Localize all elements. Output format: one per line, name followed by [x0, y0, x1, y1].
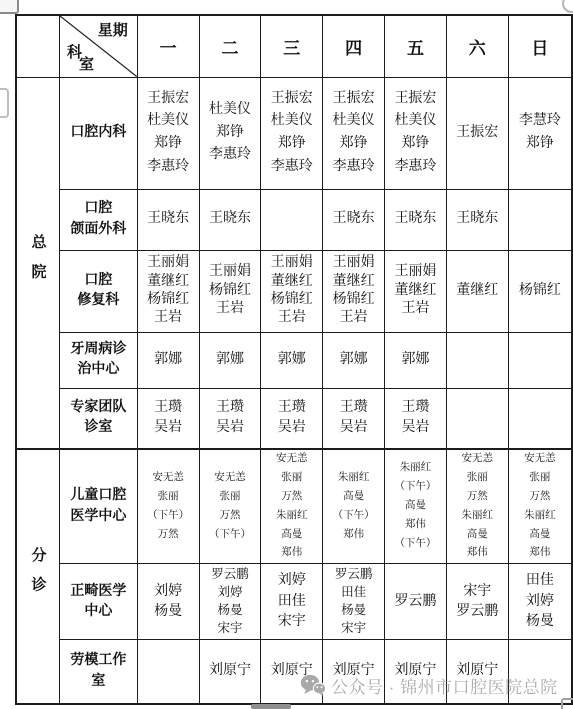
schedule-cell: 李慧玲 郑铮	[508, 77, 572, 189]
viewer-corner-artifact-top-left	[0, 0, 19, 14]
schedule-cell: 王丽娟 董继红 杨锦红 王岩	[261, 250, 323, 332]
viewer-corner-artifact-top-right	[562, 0, 573, 13]
watermark: 公众号 · 锦州市口腔医院总院	[300, 673, 558, 697]
schedule-cell	[261, 189, 323, 250]
schedule-cell: 宋宇 罗云鹏	[446, 564, 508, 640]
schedule-cell: 王振宏 杜美仪 郑铮 李惠玲	[261, 77, 323, 189]
schedule-cell: 罗云鹏	[385, 564, 447, 640]
day-header-wed: 三	[261, 15, 323, 77]
schedule-cell: 王瓒 吴岩	[385, 388, 447, 449]
schedule-cell: 郭娜	[137, 332, 199, 388]
dept-label: 劳模工作 室	[60, 640, 138, 704]
watermark-text: 公众号 · 锦州市口腔医院总院	[331, 673, 558, 698]
schedule-cell: 刘婷 田佳 宋宇	[261, 564, 323, 640]
schedule-cell: 王丽娟 董继红 杨锦红 王岩	[323, 250, 385, 332]
schedule-cell	[446, 388, 508, 449]
schedule-cell: 郭娜	[261, 332, 323, 388]
schedule-cell	[508, 332, 572, 388]
corner-week-dept-cell: 星期 科 室	[60, 15, 138, 77]
schedule-cell: 王晓东	[385, 189, 447, 250]
schedule-cell: 王晓东	[199, 189, 261, 250]
group-label-branch-clinic: 分诊	[16, 449, 60, 704]
schedule-cell: 刘原宁	[199, 640, 261, 704]
schedule-cell: 田佳 刘婷 杨曼	[508, 564, 572, 640]
schedule-cell: 罗云鹏 刘婷 杨曼 宋宇	[199, 564, 261, 640]
schedule-cell: 安无恙 张丽 万然 朱丽红 高曼 郑伟	[446, 449, 508, 564]
day-header-tue: 二	[199, 15, 261, 77]
corner-dept-label-2: 室	[79, 53, 94, 74]
schedule-cell: 董继红	[446, 250, 508, 332]
schedule-cell: 罗云鹏 田佳 杨曼 宋宇	[323, 564, 385, 640]
day-header-mon: 一	[137, 15, 199, 77]
schedule-cell: 王瓒 吴岩	[199, 388, 261, 449]
schedule-cell: 郭娜	[385, 332, 447, 388]
schedule-cell: 王振宏 杜美仪 郑铮 李惠玲	[385, 77, 447, 189]
schedule-cell: 安无恙 张丽 万然 朱丽红 高曼 郑伟	[261, 449, 323, 564]
schedule-cell: 刘婷 杨曼	[137, 564, 199, 640]
schedule-cell: 王振宏 杜美仪 郑铮 李惠玲	[137, 77, 199, 189]
day-header-fri: 五	[385, 15, 447, 77]
schedule-cell: 王晓东	[323, 189, 385, 250]
schedule-cell: 王瓒 吴岩	[323, 388, 385, 449]
schedule-cell: 安无恙 张丽 万然 朱丽红 高曼 郑伟	[508, 449, 572, 564]
corner-week-label: 星期	[98, 19, 128, 40]
duty-schedule-table: 星期 科 室 一 二 三 四 五 六 日 总院 口腔内科 王振宏 杜美仪 郑铮 …	[15, 14, 573, 705]
dept-label: 口腔内科	[60, 77, 138, 189]
viewer-edge-artifact-left	[0, 88, 9, 118]
dept-label: 口腔 颌面外科	[60, 189, 138, 250]
schedule-cell: 朱丽红 （下午） 高曼 郑伟 （下午）	[385, 449, 447, 564]
schedule-cell: 朱丽红 高曼 （下午） 郑伟	[323, 449, 385, 564]
dept-label: 牙周病诊 治中心	[60, 332, 138, 388]
schedule-cell: 王丽娟 董继红 杨锦红 王岩	[137, 250, 199, 332]
day-header-sun: 日	[508, 15, 572, 77]
dept-label: 专家团队 诊室	[60, 388, 138, 449]
schedule-cell	[446, 332, 508, 388]
viewer-corner-artifact-bottom-right	[561, 698, 573, 709]
schedule-cell: 王丽娟 杨锦红 王岩	[199, 250, 261, 332]
group-label-main-hospital: 总院	[16, 77, 60, 449]
day-header-sat: 六	[446, 15, 508, 77]
schedule-cell: 王振宏	[446, 77, 508, 189]
schedule-cell: 王振宏 杜美仪 郑铮 李惠玲	[323, 77, 385, 189]
dept-label: 儿童口腔 医学中心	[60, 449, 138, 564]
schedule-cell: 王瓒 吴岩	[137, 388, 199, 449]
schedule-cell: 杜美仪 郑铮 李惠玲	[199, 77, 261, 189]
dept-label: 口腔 修复科	[60, 250, 138, 332]
schedule-cell	[508, 189, 572, 250]
schedule-cell: 王晓东	[446, 189, 508, 250]
wechat-icon	[300, 674, 326, 696]
schedule-cell: 郭娜	[199, 332, 261, 388]
day-header-thu: 四	[323, 15, 385, 77]
schedule-cell: 王丽娟 董继红 王岩	[385, 250, 447, 332]
schedule-cell	[508, 388, 572, 449]
corner-empty-cell	[16, 15, 60, 77]
schedule-cell: 安无恙 张丽 万然 （下午）	[199, 449, 261, 564]
schedule-cell: 王瓒 吴岩	[261, 388, 323, 449]
viewer-scroll-dash	[251, 704, 291, 709]
dept-label: 正畸医学 中心	[60, 564, 138, 640]
schedule-cell: 王晓东	[137, 189, 199, 250]
schedule-cell: 郭娜	[323, 332, 385, 388]
schedule-cell: 安无恙 张丽 （下午） 万然	[137, 449, 199, 564]
schedule-cell	[137, 640, 199, 704]
schedule-cell: 杨锦红	[508, 250, 572, 332]
